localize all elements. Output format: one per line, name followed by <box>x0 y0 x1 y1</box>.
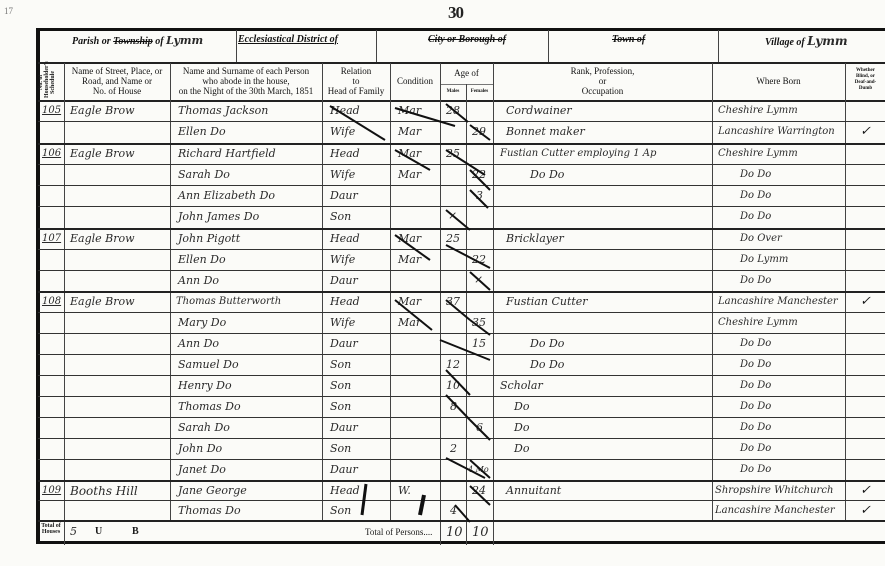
total-persons-label: Total of Persons.... <box>365 527 432 537</box>
total-females-value: 10 <box>472 525 489 540</box>
building-label: B <box>132 526 139 537</box>
total-houses-value: 5 <box>70 525 77 538</box>
tally-strokes <box>0 0 885 566</box>
uninhabited-label: U <box>95 526 102 537</box>
total-males-value: 10 <box>446 525 463 540</box>
total-houses-label: Total of Houses <box>38 523 64 535</box>
